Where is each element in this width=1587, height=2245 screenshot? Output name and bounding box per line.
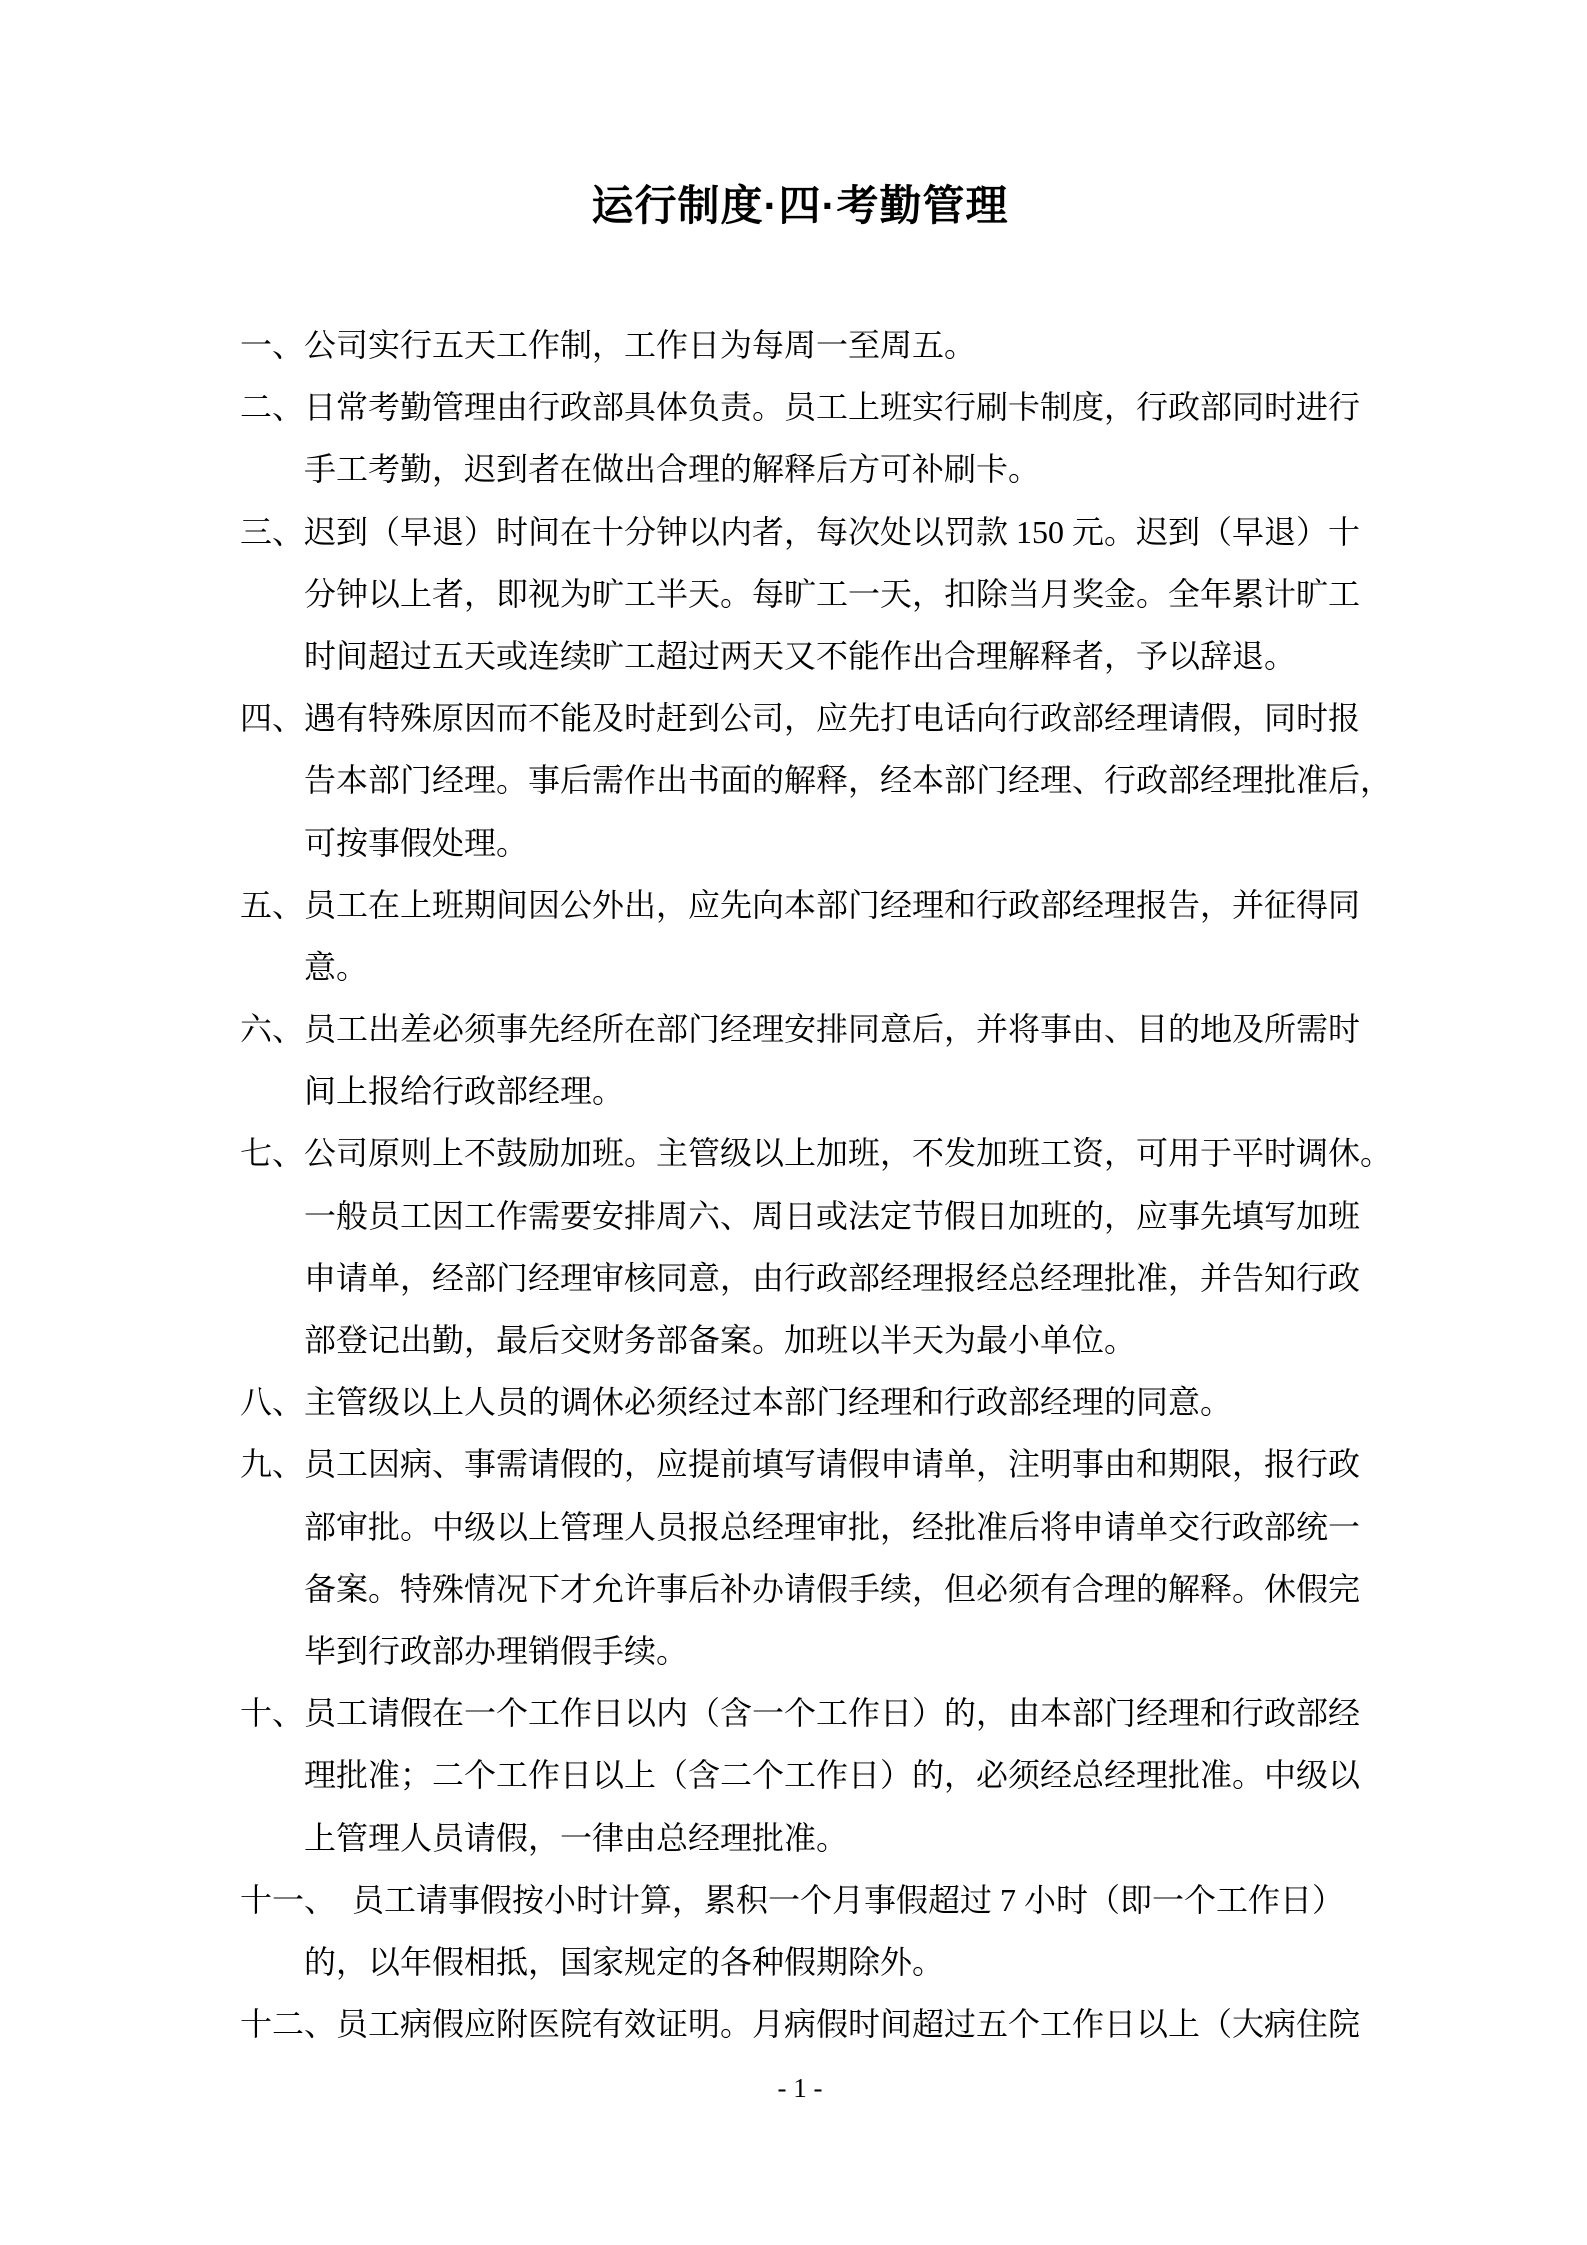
list-item-9: 九、员工因病、事需请假的，应提前填写请假申请单，注明事由和期限，报行政 部审批。… bbox=[240, 1433, 1440, 1682]
item-number: 二、 bbox=[240, 389, 304, 425]
item-number: 十、 bbox=[240, 1695, 304, 1731]
item-line-continuation: 手工考勤，迟到者在做出合理的解释后方可补刷卡。 bbox=[240, 438, 1440, 500]
item-text: 员工出差必须事先经所在部门经理安排同意后，并将事由、目的地及所需时 bbox=[304, 1011, 1360, 1047]
list-item-7: 七、公司原则上不鼓励加班。主管级以上加班，不发加班工资，可用于平时调休。 一般员… bbox=[240, 1122, 1440, 1371]
item-line-continuation: 一般员工因工作需要安排周六、周日或法定节假日加班的，应事先填写加班 bbox=[240, 1185, 1440, 1247]
item-text: 员工因病、事需请假的，应提前填写请假申请单，注明事由和期限，报行政 bbox=[304, 1446, 1360, 1482]
item-line-continuation: 上管理人员请假，一律由总经理批准。 bbox=[240, 1807, 1440, 1869]
item-text: 主管级以上人员的调休必须经过本部门经理和行政部经理的同意。 bbox=[304, 1384, 1232, 1420]
item-number: 六、 bbox=[240, 1011, 304, 1047]
item-line: 一、公司实行五天工作制，工作日为每周一至周五。 bbox=[240, 314, 1440, 376]
item-line: 六、员工出差必须事先经所在部门经理安排同意后，并将事由、目的地及所需时 bbox=[240, 998, 1440, 1060]
item-line: 五、员工在上班期间因公外出，应先向本部门经理和行政部经理报告，并征得同 bbox=[240, 874, 1440, 936]
item-number: 三、 bbox=[240, 514, 304, 550]
item-line: 十二、员工病假应附医院有效证明。月病假时间超过五个工作日以上（大病住院 bbox=[240, 1993, 1440, 2055]
list-item-1: 一、公司实行五天工作制，工作日为每周一至周五。 bbox=[240, 314, 1440, 376]
page-title: 运行制度·四·考勤管理 bbox=[240, 182, 1360, 230]
item-line-continuation: 间上报给行政部经理。 bbox=[240, 1060, 1440, 1122]
item-text: 日常考勤管理由行政部具体负责。员工上班实行刷卡制度，行政部同时进行 bbox=[304, 389, 1360, 425]
item-line: 九、员工因病、事需请假的，应提前填写请假申请单，注明事由和期限，报行政 bbox=[240, 1433, 1440, 1495]
list-item-10: 十、员工请假在一个工作日以内（含一个工作日）的，由本部门经理和行政部经 理批准；… bbox=[240, 1682, 1440, 1869]
item-line-continuation: 备案。特殊情况下才允许事后补办请假手续，但必须有合理的解释。休假完 bbox=[240, 1558, 1440, 1620]
item-line-continuation: 意。 bbox=[240, 936, 1440, 998]
item-number: 九、 bbox=[240, 1446, 304, 1482]
item-line: 十、员工请假在一个工作日以内（含一个工作日）的，由本部门经理和行政部经 bbox=[240, 1682, 1440, 1744]
item-line: 十一、 员工请事假按小时计算，累积一个月事假超过 7 小时（即一个工作日） bbox=[240, 1869, 1440, 1931]
list-item-11: 十一、 员工请事假按小时计算，累积一个月事假超过 7 小时（即一个工作日） 的，… bbox=[240, 1869, 1440, 1993]
item-line-continuation: 告本部门经理。事后需作出书面的解释，经本部门经理、行政部经理批准后， bbox=[240, 749, 1440, 811]
item-text: 公司原则上不鼓励加班。主管级以上加班，不发加班工资，可用于平时调休。 bbox=[304, 1135, 1392, 1171]
item-line-continuation: 时间超过五天或连续旷工超过两天又不能作出合理解释者，予以辞退。 bbox=[240, 625, 1440, 687]
item-text: 员工在上班期间因公外出，应先向本部门经理和行政部经理报告，并征得同 bbox=[304, 887, 1360, 923]
item-line: 七、公司原则上不鼓励加班。主管级以上加班，不发加班工资，可用于平时调休。 bbox=[240, 1122, 1440, 1184]
item-number: 五、 bbox=[240, 887, 304, 923]
item-number: 八、 bbox=[240, 1384, 304, 1420]
item-text: 员工请假在一个工作日以内（含一个工作日）的，由本部门经理和行政部经 bbox=[304, 1695, 1360, 1731]
item-line-continuation: 毕到行政部办理销假手续。 bbox=[240, 1620, 1440, 1682]
item-line: 四、遇有特殊原因而不能及时赶到公司，应先打电话向行政部经理请假，同时报 bbox=[240, 687, 1440, 749]
item-text: 公司实行五天工作制，工作日为每周一至周五。 bbox=[304, 327, 976, 363]
item-line: 三、迟到（早退）时间在十分钟以内者，每次处以罚款 150 元。迟到（早退）十 bbox=[240, 501, 1440, 563]
item-number: 七、 bbox=[240, 1135, 304, 1171]
item-line-continuation: 部登记出勤，最后交财务部备案。加班以半天为最小单位。 bbox=[240, 1309, 1440, 1371]
item-number: 十一、 bbox=[240, 1882, 336, 1918]
item-line: 二、日常考勤管理由行政部具体负责。员工上班实行刷卡制度，行政部同时进行 bbox=[240, 376, 1440, 438]
list-item-12: 十二、员工病假应附医院有效证明。月病假时间超过五个工作日以上（大病住院 bbox=[240, 1993, 1440, 2055]
list-item-3: 三、迟到（早退）时间在十分钟以内者，每次处以罚款 150 元。迟到（早退）十 分… bbox=[240, 501, 1440, 688]
policy-list: 一、公司实行五天工作制，工作日为每周一至周五。 二、日常考勤管理由行政部具体负责… bbox=[240, 314, 1440, 2055]
list-item-5: 五、员工在上班期间因公外出，应先向本部门经理和行政部经理报告，并征得同 意。 bbox=[240, 874, 1440, 998]
list-item-8: 八、主管级以上人员的调休必须经过本部门经理和行政部经理的同意。 bbox=[240, 1371, 1440, 1433]
item-text: 遇有特殊原因而不能及时赶到公司，应先打电话向行政部经理请假，同时报 bbox=[304, 700, 1360, 736]
document-page: 运行制度·四·考勤管理 一、公司实行五天工作制，工作日为每周一至周五。 二、日常… bbox=[0, 0, 1587, 2245]
item-line-continuation: 申请单，经部门经理审核同意，由行政部经理报经总经理批准，并告知行政 bbox=[240, 1247, 1440, 1309]
list-item-4: 四、遇有特殊原因而不能及时赶到公司，应先打电话向行政部经理请假，同时报 告本部门… bbox=[240, 687, 1440, 874]
list-item-6: 六、员工出差必须事先经所在部门经理安排同意后，并将事由、目的地及所需时 间上报给… bbox=[240, 998, 1440, 1122]
item-number: 十二、 bbox=[240, 2006, 336, 2042]
item-text: 员工病假应附医院有效证明。月病假时间超过五个工作日以上（大病住院 bbox=[336, 2006, 1360, 2042]
page-number: - 1 - bbox=[240, 2068, 1360, 2108]
item-line-continuation: 可按事假处理。 bbox=[240, 812, 1440, 874]
item-number: 一、 bbox=[240, 327, 304, 363]
item-text: 员工请事假按小时计算，累积一个月事假超过 7 小时（即一个工作日） bbox=[336, 1882, 1344, 1918]
item-number: 四、 bbox=[240, 700, 304, 736]
list-item-2: 二、日常考勤管理由行政部具体负责。员工上班实行刷卡制度，行政部同时进行 手工考勤… bbox=[240, 376, 1440, 500]
item-line-continuation: 部审批。中级以上管理人员报总经理审批，经批准后将申请单交行政部统一 bbox=[240, 1496, 1440, 1558]
item-line-continuation: 分钟以上者，即视为旷工半天。每旷工一天，扣除当月奖金。全年累计旷工 bbox=[240, 563, 1440, 625]
item-text: 迟到（早退）时间在十分钟以内者，每次处以罚款 150 元。迟到（早退）十 bbox=[304, 514, 1360, 550]
item-line-continuation: 理批准；二个工作日以上（含二个工作日）的，必须经总经理批准。中级以 bbox=[240, 1744, 1440, 1806]
item-line: 八、主管级以上人员的调休必须经过本部门经理和行政部经理的同意。 bbox=[240, 1371, 1440, 1433]
item-line-continuation: 的，以年假相抵，国家规定的各种假期除外。 bbox=[240, 1931, 1440, 1993]
